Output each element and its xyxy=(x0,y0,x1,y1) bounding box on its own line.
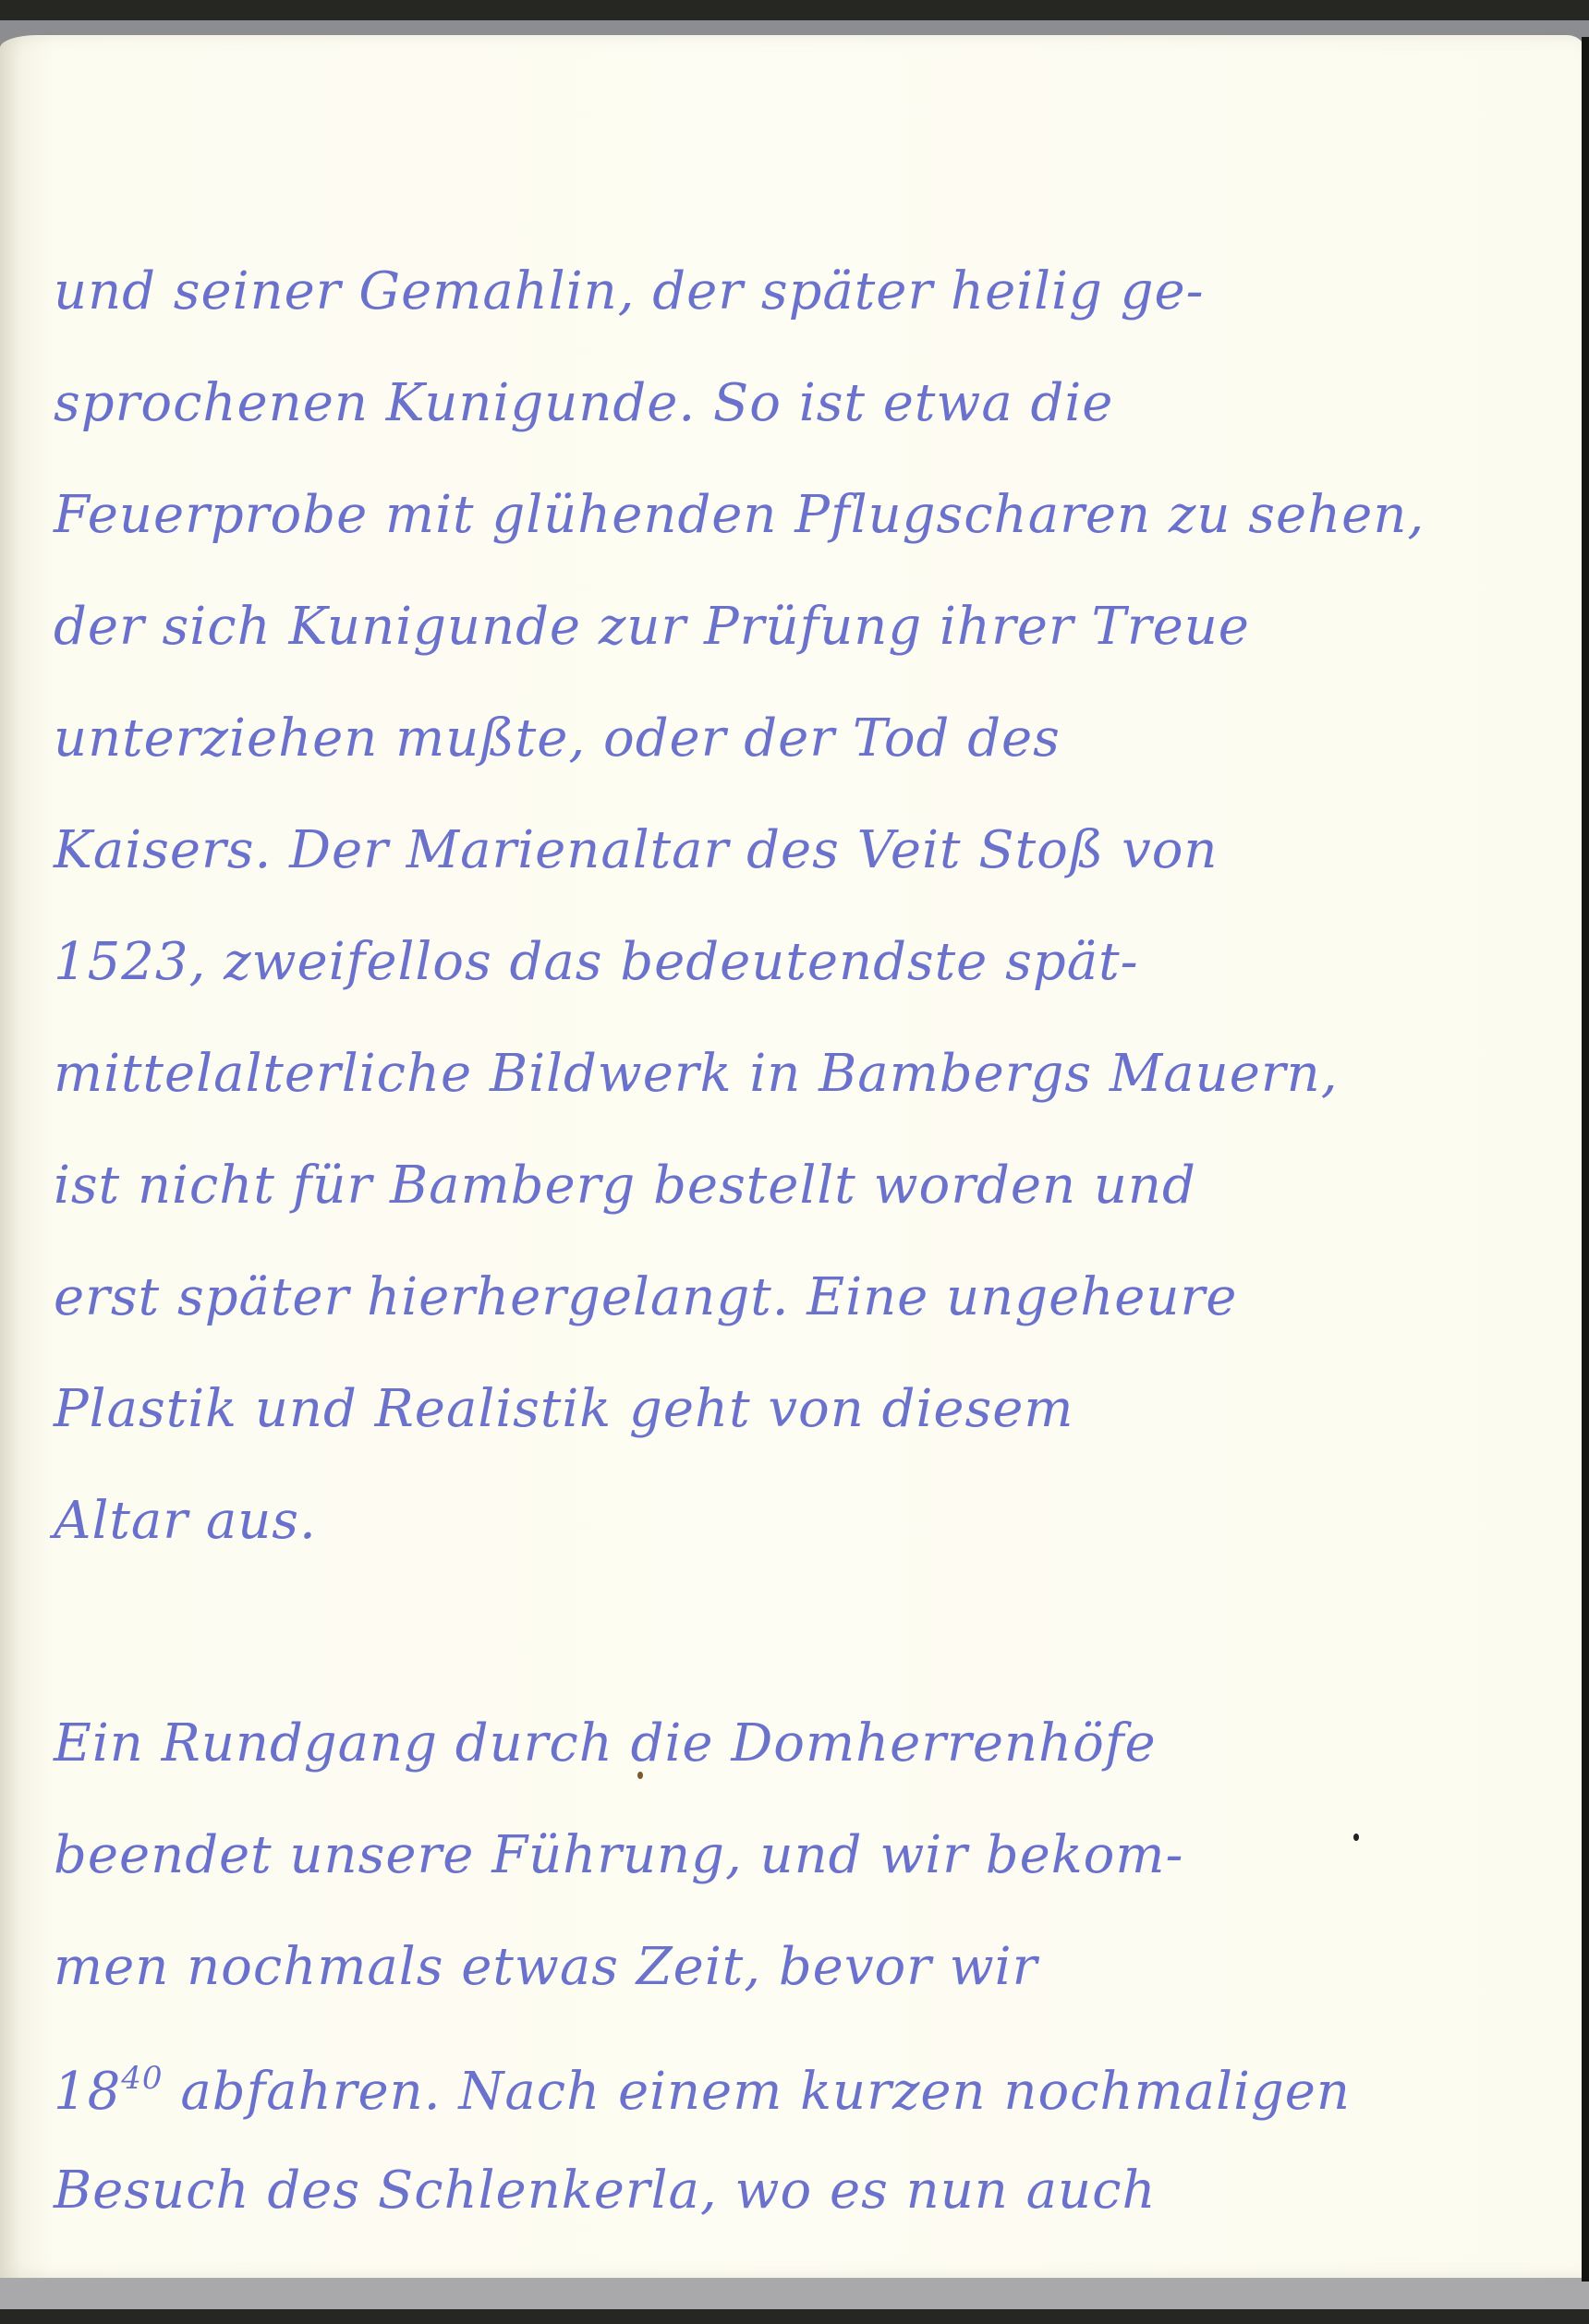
text-line: Altar aus. xyxy=(54,1465,1439,1577)
text-line: sprochenen Kunigunde. So ist etwa die xyxy=(54,347,1439,459)
text-line: Ein Rundgang durch die Domherrenhöfe xyxy=(54,1688,1439,1799)
text-line: Plastik und Realistik geht von diesem xyxy=(54,1353,1439,1465)
paragraph-1: und seiner Gemahlin, der später heilig g… xyxy=(54,236,1439,1577)
text-line: Kaisers. Der Marienaltar des Veit Stoß v… xyxy=(54,794,1439,906)
text-line: Besuch des Schlenkerla, wo es nun auch xyxy=(54,2135,1439,2246)
text-line: der sich Kunigunde zur Prüfung ihrer Tre… xyxy=(54,571,1439,683)
departure-hour: 18 xyxy=(54,2062,121,2122)
time-line-rest: abfahren. Nach einem kurzen nochmaligen xyxy=(164,2062,1351,2122)
departure-minute: 40 xyxy=(121,2060,163,2097)
text-line: 1523, zweifellos das bedeutendste spät- xyxy=(54,906,1439,1018)
page-edge xyxy=(1582,37,1589,2282)
text-line: erst später hierhergelangt. Eine ungeheu… xyxy=(54,1241,1439,1353)
text-line: ist nicht für Bamberg bestellt worden un… xyxy=(54,1130,1439,1241)
paragraph-2: Ein Rundgang durch die Domherrenhöfe bee… xyxy=(54,1688,1439,2246)
text-line-time: 1840 abfahren. Nach einem kurzen nochmal… xyxy=(54,2023,1439,2135)
text-line: und seiner Gemahlin, der später heilig g… xyxy=(54,236,1439,347)
text-line: men nochmals etwas Zeit, bevor wir xyxy=(54,1911,1439,2023)
text-line: unterziehen mußte, oder der Tod des xyxy=(54,683,1439,794)
text-line: mittelalterliche Bildwerk in Bambergs Ma… xyxy=(54,1018,1439,1130)
text-line: beendet unsere Führung, und wir bekom- xyxy=(54,1799,1439,1911)
scanned-page: und seiner Gemahlin, der später heilig g… xyxy=(0,0,1589,2324)
text-line: Feuerprobe mit glühenden Pflugscharen zu… xyxy=(54,459,1439,571)
handwritten-text: und seiner Gemahlin, der später heilig g… xyxy=(54,236,1439,2246)
